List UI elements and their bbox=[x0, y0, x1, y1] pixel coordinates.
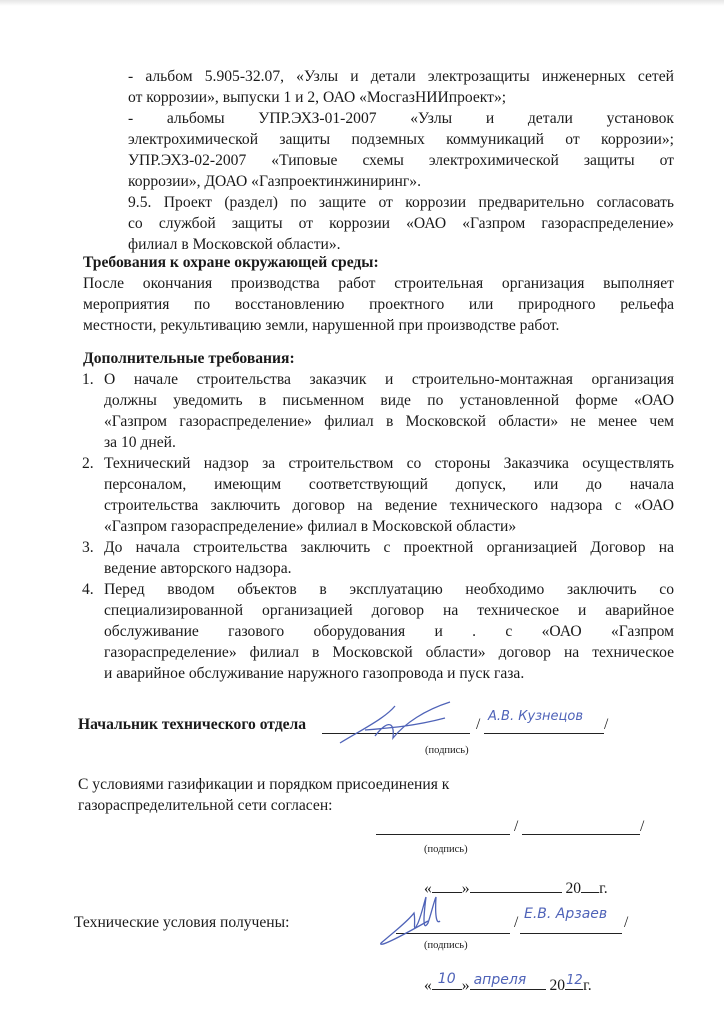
month-blank bbox=[470, 878, 562, 893]
day-field: 10 bbox=[432, 975, 462, 990]
text-line: ведение авторского надзора. bbox=[104, 558, 674, 579]
applicant-signature-line bbox=[376, 820, 510, 835]
text-line: С условиями газификации и порядком присо… bbox=[78, 774, 449, 795]
list-item-text: О начале строительства заказчик и строит… bbox=[104, 369, 674, 453]
year-field: 12 bbox=[565, 975, 583, 990]
receiver-name-handwritten: Е.В. Арзаев bbox=[524, 906, 607, 922]
month-handwritten: апреля bbox=[474, 970, 527, 991]
text-line: и аварийное обслуживание наружного газоп… bbox=[104, 663, 674, 684]
intro-block: - альбом 5.905-32.07, «Узлы и детали эле… bbox=[128, 66, 674, 255]
quote-open: « bbox=[424, 977, 432, 994]
slash-divider: / bbox=[514, 816, 518, 837]
text-line: После окончания производства работ строи… bbox=[83, 273, 674, 294]
slash-divider: / bbox=[604, 714, 608, 735]
signature-caption: (подпись) bbox=[425, 745, 469, 756]
list-item-text: Технический надзор за строительством со … bbox=[104, 453, 674, 537]
applicant-name-line bbox=[522, 820, 640, 835]
text-line: от коррозии», выпуски 1 и 2, ОАО «Мосгаз… bbox=[128, 87, 674, 108]
year-suffix: г. bbox=[583, 977, 592, 994]
agreement-text: С условиями газификации и порядком присо… bbox=[78, 774, 449, 816]
text-line: коррозии», ДОАО «Газпроектинжиниринг». bbox=[128, 171, 674, 192]
list-item-text: До начала строительства заключить с прое… bbox=[104, 537, 674, 579]
quote-close: » bbox=[462, 977, 470, 994]
year-blank bbox=[581, 878, 599, 893]
additional-heading: Дополнительные требования: bbox=[83, 348, 295, 369]
signature-caption: (подпись) bbox=[424, 940, 468, 951]
text-line: электрохимической защиты подземных комму… bbox=[128, 129, 674, 150]
text-line: обслуживание газового оборудования и . с… bbox=[104, 621, 674, 642]
text-line: со службой защиты от коррозии «ОАО «Газп… bbox=[128, 213, 674, 234]
text-line: До начала строительства заключить с прое… bbox=[104, 537, 674, 558]
text-line: персоналом, имеющим соответствующий допу… bbox=[104, 474, 674, 495]
scan-top-edge bbox=[0, 0, 724, 6]
received-label: Технические условия получены: bbox=[74, 912, 289, 933]
day-blank bbox=[432, 878, 462, 893]
text-line: УПР.ЭХЗ-02-2007 «Типовые схемы электрохи… bbox=[128, 150, 674, 171]
text-line: «Газпром газораспределение» филиал в Мос… bbox=[104, 516, 674, 537]
list-number: 3. bbox=[82, 537, 94, 558]
day-handwritten: 10 bbox=[438, 969, 456, 990]
text-line: - альбомы УПР.ЭХЗ-01-2007 «Узлы и детали… bbox=[128, 108, 674, 129]
list-number: 2. bbox=[82, 453, 94, 474]
text-line: «Газпром газораспределение» филиал в Мос… bbox=[104, 411, 674, 432]
environment-heading: Требования к охране окружающей среды: bbox=[83, 252, 379, 273]
slash-divider: / bbox=[476, 714, 480, 735]
text-line: строительства заключить договор на веден… bbox=[104, 495, 674, 516]
text-line: мероприятия по восстановлению проектного… bbox=[83, 294, 674, 315]
text-line: специализированной организацией договор … bbox=[104, 600, 674, 621]
year-handwritten: 12 bbox=[566, 970, 583, 991]
environment-body: После окончания производства работ строи… bbox=[83, 273, 674, 336]
text-line: О начале строительства заказчик и строит… bbox=[104, 369, 674, 390]
text-line: должны уведомить в письменном виде по ус… bbox=[104, 390, 674, 411]
head-name-handwritten: А.В. Кузнецов bbox=[488, 709, 583, 724]
text-line: - альбом 5.905-32.07, «Узлы и детали эле… bbox=[128, 66, 674, 87]
head-signature-icon bbox=[335, 698, 455, 748]
text-line: Технический надзор за строительством со … bbox=[104, 453, 674, 474]
head-label: Начальник технического отдела bbox=[78, 714, 306, 735]
slash-divider: / bbox=[624, 912, 628, 933]
month-field: апреля bbox=[470, 975, 546, 990]
text-line: местности, рекультивацию земли, нарушенн… bbox=[83, 315, 674, 336]
year-prefix: 20 bbox=[550, 977, 566, 994]
slash-divider: / bbox=[640, 816, 644, 837]
signature-caption: (подпись) bbox=[424, 844, 468, 855]
slash-divider: / bbox=[514, 912, 518, 933]
year-suffix: г. bbox=[599, 880, 608, 897]
text-line: Перед вводом объектов в эксплуатацию нео… bbox=[104, 579, 674, 600]
list-item-text: Перед вводом объектов в эксплуатацию нео… bbox=[104, 579, 674, 684]
list-number: 1. bbox=[82, 369, 94, 390]
filled-date: «10»апреля 2012г. bbox=[424, 975, 592, 996]
text-line: 9.5. Проект (раздел) по защите от корроз… bbox=[128, 192, 674, 213]
list-number: 4. bbox=[82, 579, 94, 600]
year-prefix: 20 bbox=[566, 880, 582, 897]
text-line: за 10 дней. bbox=[104, 432, 674, 453]
text-line: газораспределительной сети согласен: bbox=[78, 795, 449, 816]
text-line: газораспределение» филиал в Московской о… bbox=[104, 642, 674, 663]
